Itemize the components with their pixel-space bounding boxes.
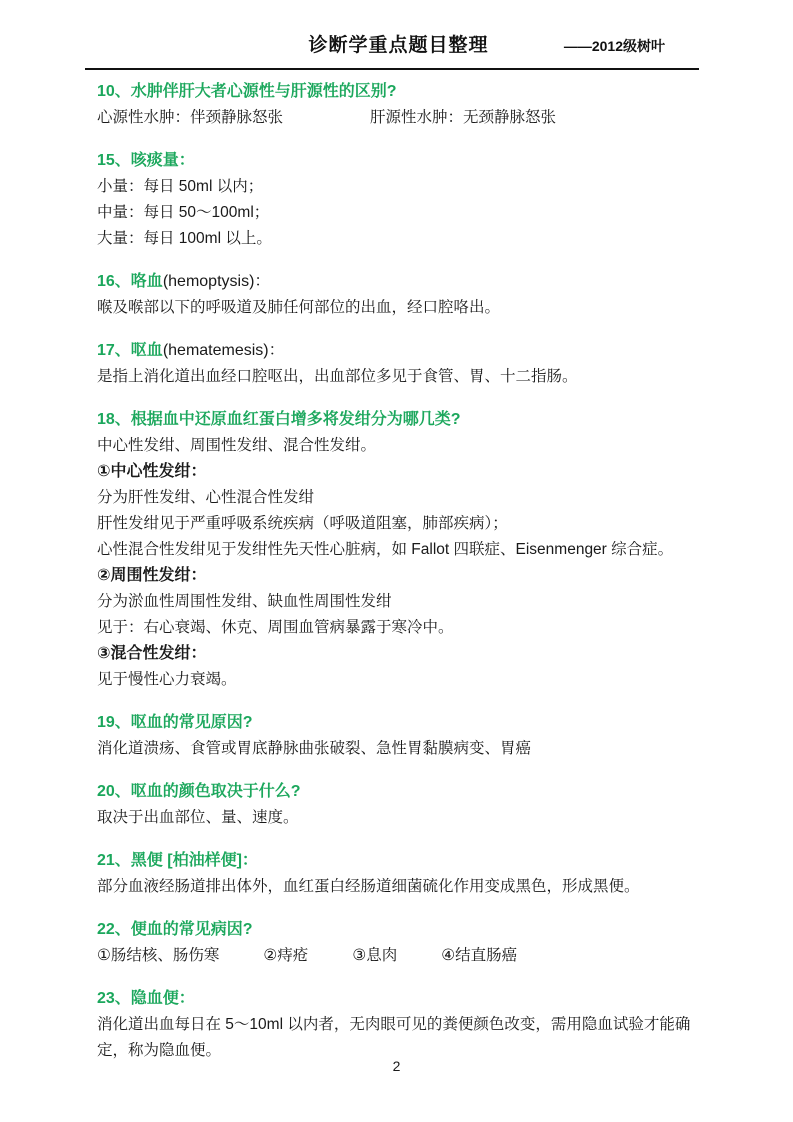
- answer-line: ③混合性发绀：: [97, 641, 700, 667]
- answer-line: ①中心性发绀：: [97, 459, 700, 485]
- answer-segment: 心源性水肿：伴颈静脉怒张: [97, 109, 283, 126]
- question-section: 21、黑便 [柏油样便]：部分血液经肠道排出体外，血红蛋白经肠道细菌硫化作用变成…: [97, 848, 700, 900]
- question-number-title: 23、隐血便：: [97, 990, 195, 1007]
- question-heading: 22、便血的常见病因?: [97, 917, 700, 943]
- question-heading: 23、隐血便：: [97, 986, 700, 1012]
- answer-segment: ③息肉: [352, 947, 397, 964]
- question-number-title: 22、便血的常见病因?: [97, 921, 253, 938]
- answer-segment: ④结直肠癌: [441, 947, 517, 964]
- answer-line: 分为淤血性周围性发绀、缺血性周围性发绀: [97, 589, 700, 615]
- answer-line: 见于：右心衰竭、休克、周围血管病暴露于寒冷中。: [97, 615, 700, 641]
- answer-line: 喉及喉部以下的呼吸道及肺任何部位的出血，经口腔咯出。: [97, 295, 700, 321]
- answer-line: 中量：每日 50～100ml；: [97, 200, 700, 226]
- page-header: 诊断学重点题目整理 ——2012级树叶: [97, 30, 700, 64]
- question-heading: 17、呕血(hematemesis)：: [97, 338, 700, 364]
- question-section: 19、呕血的常见原因?消化道溃疡、食管或胃底静脉曲张破裂、急性胃黏膜病变、胃癌: [97, 710, 700, 762]
- question-heading: 16、咯血(hemoptysis)：: [97, 269, 700, 295]
- question-section: 22、便血的常见病因?①肠结核、肠伤寒②痔疮③息肉④结直肠癌: [97, 917, 700, 969]
- answer-line: ②周围性发绀：: [97, 563, 700, 589]
- question-heading: 20、呕血的颜色取决于什么?: [97, 779, 700, 805]
- answer-line: 消化道溃疡、食管或胃底静脉曲张破裂、急性胃黏膜病变、胃癌: [97, 736, 700, 762]
- answer-line: 见于慢性心力衰竭。: [97, 667, 700, 693]
- question-number-title: 16、咯血: [97, 273, 163, 290]
- answer-line: 消化道出血每日在 5～10ml 以内者，无肉眼可见的粪便颜色改变，需用隐血试验才…: [97, 1012, 700, 1064]
- answer-line: 部分血液经肠道排出体外，血红蛋白经肠道细菌硫化作用变成黑色，形成黑便。: [97, 874, 700, 900]
- question-section: 23、隐血便：消化道出血每日在 5～10ml 以内者，无肉眼可见的粪便颜色改变，…: [97, 986, 700, 1064]
- question-title-suffix: (hemoptysis)：: [163, 273, 271, 290]
- answer-line: 中心性发绀、周围性发绀、混合性发绀。: [97, 433, 700, 459]
- question-number-title: 18、根据血中还原血红蛋白增多将发绀分为哪几类?: [97, 411, 461, 428]
- question-heading: 15、咳痰量：: [97, 148, 700, 174]
- question-heading: 10、水肿伴肝大者心源性与肝源性的区别?: [97, 79, 700, 105]
- document-byline: ——2012级树叶: [564, 36, 665, 56]
- page-content: 诊断学重点题目整理 ——2012级树叶 10、水肿伴肝大者心源性与肝源性的区别?…: [0, 0, 793, 1064]
- answer-line: 心源性水肿：伴颈静脉怒张肝源性水肿：无颈静脉怒张: [97, 105, 700, 131]
- answer-line: 心性混合性发绀见于发绀性先天性心脏病，如 Fallot 四联症、Eisenmen…: [97, 537, 700, 563]
- question-section: 20、呕血的颜色取决于什么?取决于出血部位、量、速度。: [97, 779, 700, 831]
- header-divider: [85, 68, 699, 70]
- question-section: 17、呕血(hematemesis)：是指上消化道出血经口腔呕出，出血部位多见于…: [97, 338, 700, 390]
- questions: 10、水肿伴肝大者心源性与肝源性的区别?心源性水肿：伴颈静脉怒张肝源性水肿：无颈…: [97, 79, 700, 1064]
- answer-line: 小量：每日 50ml 以内；: [97, 174, 700, 200]
- answer-line: 大量：每日 100ml 以上。: [97, 226, 700, 252]
- answer-line: 肝性发绀见于严重呼吸系统疾病（呼吸道阻塞，肺部疾病）；: [97, 511, 700, 537]
- question-section: 16、咯血(hemoptysis)：喉及喉部以下的呼吸道及肺任何部位的出血，经口…: [97, 269, 700, 321]
- question-heading: 19、呕血的常见原因?: [97, 710, 700, 736]
- question-section: 18、根据血中还原血红蛋白增多将发绀分为哪几类?中心性发绀、周围性发绀、混合性发…: [97, 407, 700, 693]
- question-number-title: 17、呕血: [97, 342, 163, 359]
- page-number: 2: [0, 1058, 793, 1074]
- question-heading: 18、根据血中还原血红蛋白增多将发绀分为哪几类?: [97, 407, 700, 433]
- answer-segment: ②痔疮: [263, 947, 308, 964]
- question-number-title: 20、呕血的颜色取决于什么?: [97, 783, 301, 800]
- answer-segment: ①肠结核、肠伤寒: [97, 947, 219, 964]
- question-section: 10、水肿伴肝大者心源性与肝源性的区别?心源性水肿：伴颈静脉怒张肝源性水肿：无颈…: [97, 79, 700, 131]
- question-heading: 21、黑便 [柏油样便]：: [97, 848, 700, 874]
- question-number-title: 21、黑便 [柏油样便]：: [97, 852, 258, 869]
- question-number-title: 10、水肿伴肝大者心源性与肝源性的区别?: [97, 83, 397, 100]
- answer-segment: 肝源性水肿：无颈静脉怒张: [370, 105, 556, 131]
- question-number-title: 15、咳痰量：: [97, 152, 195, 169]
- answer-line: 取决于出血部位、量、速度。: [97, 805, 700, 831]
- question-number-title: 19、呕血的常见原因?: [97, 714, 253, 731]
- document-page: 诊断学重点题目整理 ——2012级树叶 10、水肿伴肝大者心源性与肝源性的区别?…: [0, 0, 793, 1122]
- answer-line: 是指上消化道出血经口腔呕出，出血部位多见于食管、胃、十二指肠。: [97, 364, 700, 390]
- answer-line: 分为肝性发绀、心性混合性发绀: [97, 485, 700, 511]
- question-section: 15、咳痰量：小量：每日 50ml 以内；中量：每日 50～100ml；大量：每…: [97, 148, 700, 252]
- question-title-suffix: (hematemesis)：: [163, 342, 285, 359]
- answer-line: ①肠结核、肠伤寒②痔疮③息肉④结直肠癌: [97, 943, 700, 969]
